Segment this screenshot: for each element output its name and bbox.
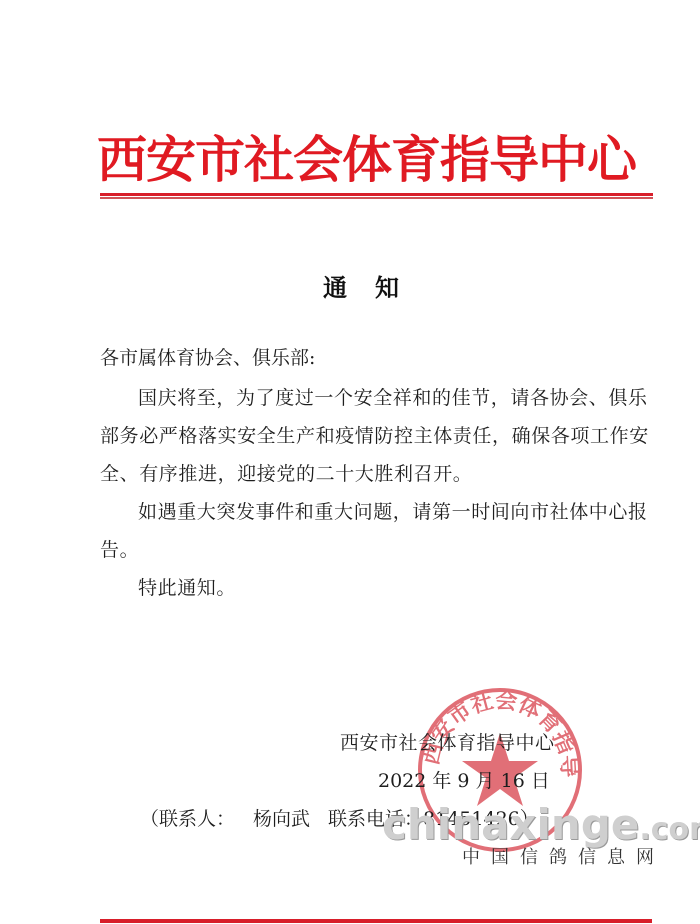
watermark-site-cn: 中国信鸽信息网 [462,846,665,870]
contact-person-label: （联系人： [140,808,235,830]
letterhead-red-rule [100,193,653,196]
watermark-tld: .com [639,812,700,847]
letterhead-thin-rule [100,197,653,199]
notice-title: 通知 [0,268,700,303]
issue-date: 2022 年 9 月 16 日 [378,762,550,800]
notice-paragraph-1: 国庆将至，为了度过一个安全祥和的佳节，请各协会、俱乐部务必严格落实安全生产和疫情… [100,379,652,493]
notice-salutation: 各市属体育协会、俱乐部: [100,339,652,377]
notice-paragraph-2: 如遇重大突发事件和重大问题，请第一时间向市社体中心报告。 [100,493,652,569]
contact-person: 杨向武 [253,808,310,830]
watermark-site-name: chinaxinge [382,800,639,849]
letterhead-title: 西安市社会体育指导中心 [97,128,653,192]
notice-paragraph-3: 特此通知。 [100,569,652,607]
footer-red-rule [100,919,652,923]
issuer-name: 西安市社会体育指导中心 [340,724,555,762]
